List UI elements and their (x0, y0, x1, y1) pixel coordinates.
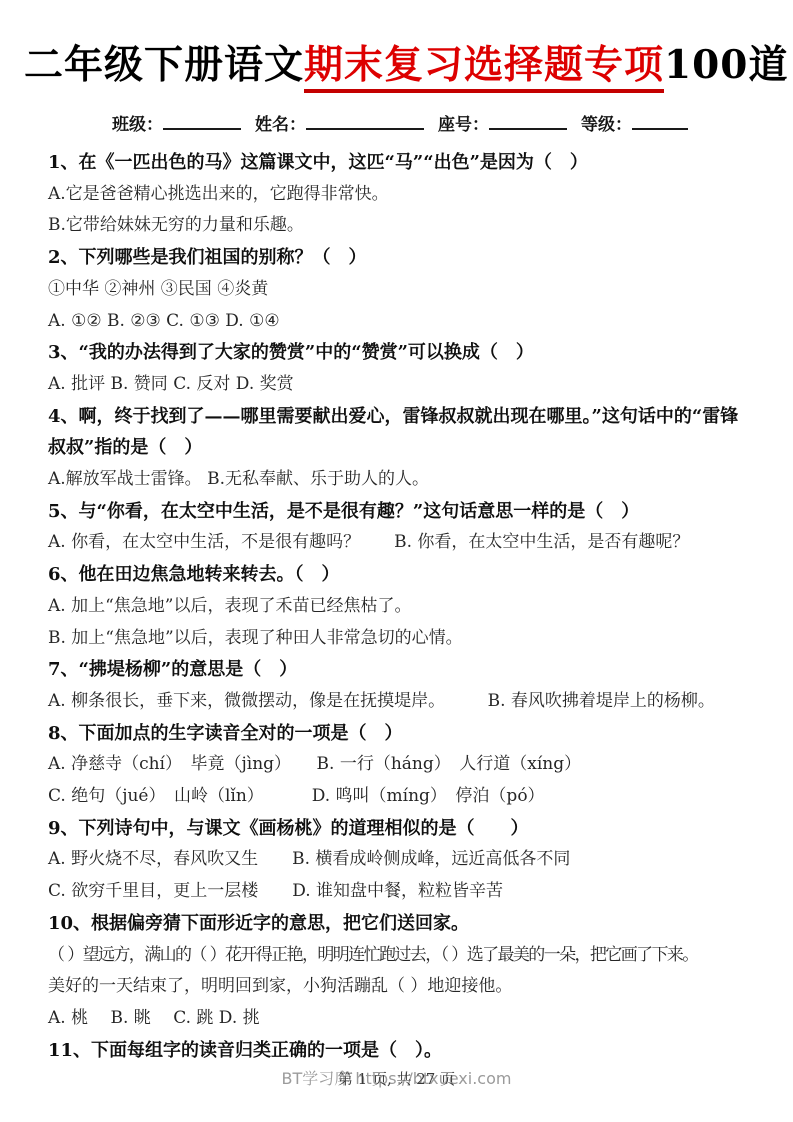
student-info-line: 班级：姓名：座号：等级： (112, 110, 793, 135)
option-line: C. 欲穷千里目，更上一层楼 D. 谁知盘中餐，粒粒皆辛苦 (48, 876, 747, 908)
info-field-label: 姓名： (255, 115, 306, 135)
info-field-blank[interactable] (306, 112, 424, 130)
question-stem: 9、下列诗句中，与课文《画杨桃》的道理相似的是（ ） (48, 813, 747, 845)
option-line: A. ①② B. ②③ C. ①③ D. ①④ (48, 306, 747, 338)
question-stem: 2、下列哪些是我们祖国的别称？（ ） (48, 242, 747, 274)
question-stem: 7、“拂堤杨柳”的意思是（ ） (48, 654, 747, 686)
option-line: B.它带给妹妹无穷的力量和乐趣。 (48, 210, 747, 242)
option-line: C. 绝句（jué） 山岭（lǐn） D. 鸣叫（míng） 停泊（pó） (48, 781, 747, 813)
option-line: B. 加上“焦急地”以后，表现了种田人非常急切的心情。 (48, 623, 747, 655)
question-stem: 3、“我的办法得到了大家的赞赏”中的“赞赏”可以换成（ ） (48, 337, 747, 369)
title-prefix: 二年级下册语文 (24, 42, 304, 88)
info-field-blank[interactable] (163, 112, 241, 130)
option-line: A. 柳条很长，垂下来，微微摆动，像是在抚摸堤岸。 B. 春风吹拂着堤岸上的杨柳… (48, 686, 747, 718)
option-line: A.解放军战士雷锋。 B.无私奉献、乐于助人的人。 (48, 464, 747, 496)
question-stem: 11、下面每组字的读音归类正确的一项是（ ）。 (48, 1035, 747, 1067)
page-title: 二年级下册语文期末复习选择题专项100道 (24, 34, 769, 90)
question-stem: 4、啊，终于找到了——哪里需要献出爱心，雷锋叔叔就出现在哪里。”这句话中的“雷锋… (48, 401, 747, 464)
question-stem: 6、他在田边焦急地转来转去。（ ） (48, 559, 747, 591)
question-stem: 5、与“你看，在太空中生活，是不是很有趣？”这句话意思一样的是（ ） (48, 496, 747, 528)
questions-container: 1、在《一匹出色的马》这篇课文中，这匹“马”“出色”是因为（ ）A.它是爸爸精心… (48, 147, 747, 1066)
option-line: A. 批评 B. 赞同 C. 反对 D. 奖赏 (48, 369, 747, 401)
page-footer: BT学习库 https://btxuexi.com 第 1 页, 共 27 页 (0, 1066, 793, 1090)
title-suffix: 100道 (664, 42, 788, 88)
option-line: A. 野火烧不尽，春风吹又生 B. 横看成岭侧成峰，远近高低各不同 (48, 844, 747, 876)
question-stem: 1、在《一匹出色的马》这篇课文中，这匹“马”“出色”是因为（ ） (48, 147, 747, 179)
option-line: A. 净慈寺（chí） 毕竟（jìng） B. 一行（háng） 人行道（xín… (48, 749, 747, 781)
title-highlight: 期末复习选择题专项 (304, 42, 664, 93)
question-stem: 10、根据偏旁猜下面形近字的意思，把它们送回家。 (48, 908, 747, 940)
option-line: A. 桃 B. 眺 C. 跳 D. 挑 (48, 1003, 747, 1035)
option-line: 美好的一天结束了，明明回到家，小狗活蹦乱（ ）地迎接他。 (48, 971, 747, 1003)
option-line: ①中华 ②神州 ③民国 ④炎黄 (48, 274, 747, 306)
info-field-label: 座号： (438, 115, 489, 135)
page-number: 第 1 页, 共 27 页 (0, 1068, 793, 1089)
info-field-label: 等级： (581, 115, 632, 135)
option-line: A. 你看，在太空中生活，不是很有趣吗？ B. 你看，在太空中生活，是否有趣呢？ (48, 527, 747, 559)
question-stem: 8、下面加点的生字读音全对的一项是（ ） (48, 718, 747, 750)
option-line: A.它是爸爸精心挑选出来的，它跑得非常快。 (48, 179, 747, 211)
worksheet-page: 二年级下册语文期末复习选择题专项100道 班级：姓名：座号：等级： 1、在《一匹… (0, 0, 793, 1122)
option-line: （ ）望远方，满山的（ ）花开得正艳，明明连忙跑过去，（ ）选了最美的一朵，把它… (48, 940, 747, 972)
info-field-blank[interactable] (632, 112, 688, 130)
info-field-blank[interactable] (489, 112, 567, 130)
info-field-label: 班级： (112, 115, 163, 135)
option-line: A. 加上“焦急地”以后，表现了禾苗已经焦枯了。 (48, 591, 747, 623)
